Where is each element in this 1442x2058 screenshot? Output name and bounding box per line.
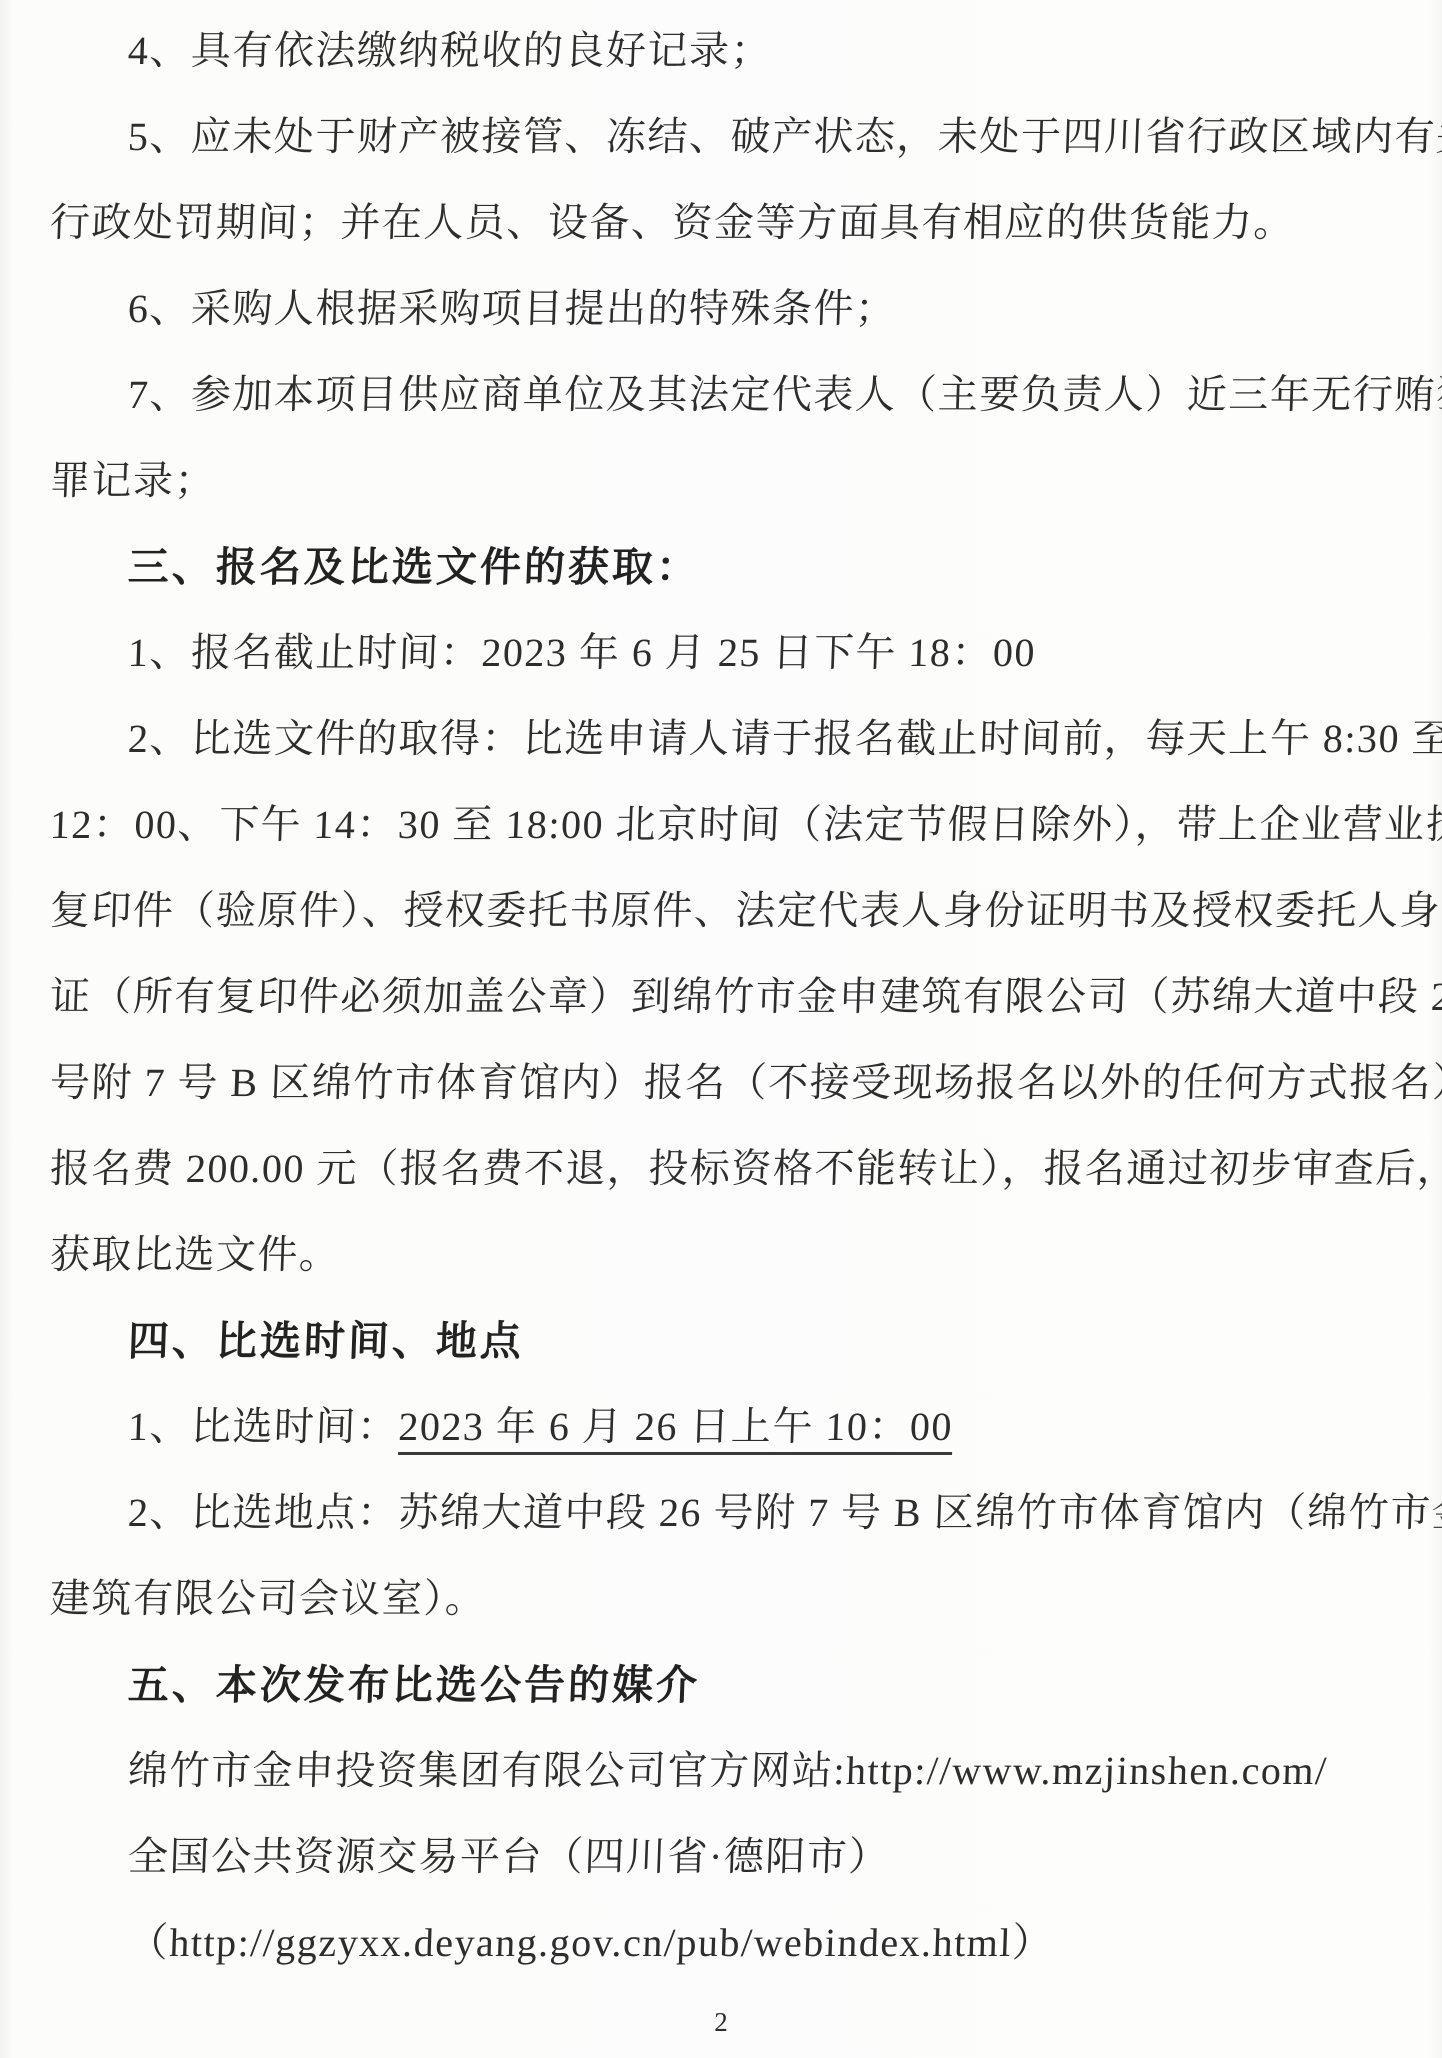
clause-no-bribery-line-1: 7、参加本项目供应商单位及其法定代表人（主要负责人）近三年无行贿犯 <box>48 352 1413 438</box>
selection-place-line-1: 2、比选地点：苏绵大道中段 26 号附 7 号 B 区绵竹市体育馆内（绵竹市金申 <box>48 1470 1413 1556</box>
document-obtain-line-2: 12：00、下午 14：30 至 18:00 北京时间（法定节假日除外），带上企… <box>48 782 1413 868</box>
document-obtain-line-3: 复印件（验原件）、授权委托书原件、法定代表人身份证明书及授权委托人身份 <box>48 868 1413 954</box>
media-official-website: 绵竹市金申投资集团有限公司官方网站:http://www.mzjinshen.c… <box>48 1728 1413 1814</box>
page-number: 2 <box>0 2000 1442 2044</box>
clause-no-bribery-line-2: 罪记录； <box>48 438 1413 524</box>
section-heading-time-place: 四、比选时间、地点 <box>48 1298 1413 1384</box>
selection-time-value: 2023 年 6 月 26 日上午 10：00 <box>398 1404 954 1455</box>
clause-asset-status-line-2: 行政处罚期间；并在人员、设备、资金等方面具有相应的供货能力。 <box>48 180 1413 266</box>
clause-asset-status-line-1: 5、应未处于财产被接管、冻结、破产状态，未处于四川省行政区域内有关 <box>48 94 1413 180</box>
clause-special-conditions: 6、采购人根据采购项目提出的特殊条件； <box>48 266 1413 352</box>
selection-time-line: 1、比选时间：2023 年 6 月 26 日上午 10：00 <box>48 1384 1413 1470</box>
document-obtain-line-4: 证（所有复印件必须加盖公章）到绵竹市金申建筑有限公司（苏绵大道中段 26 <box>48 954 1413 1040</box>
document-body: 4、具有依法缴纳税收的良好记录； 5、应未处于财产被接管、冻结、破产状态，未处于… <box>50 8 1412 1986</box>
section-heading-registration: 三、报名及比选文件的获取： <box>48 524 1413 610</box>
section-heading-media: 五、本次发布比选公告的媒介 <box>48 1642 1413 1728</box>
document-obtain-line-5: 号附 7 号 B 区绵竹市体育馆内）报名（不接受现场报名以外的任何方式报名）， <box>48 1040 1413 1126</box>
document-obtain-line-6: 报名费 200.00 元（报名费不退，投标资格不能转让），报名通过初步审查后， <box>48 1126 1413 1212</box>
document-page: 4、具有依法缴纳税收的良好记录； 5、应未处于财产被接管、冻结、破产状态，未处于… <box>0 0 1442 2058</box>
selection-place-line-2: 建筑有限公司会议室）。 <box>48 1556 1413 1642</box>
clause-tax-record: 4、具有依法缴纳税收的良好记录； <box>48 8 1413 94</box>
media-platform-url: （http://ggzyxx.deyang.gov.cn/pub/webinde… <box>48 1900 1413 1986</box>
media-public-resource-platform: 全国公共资源交易平台（四川省·德阳市） <box>48 1814 1413 1900</box>
document-obtain-line-1: 2、比选文件的取得：比选申请人请于报名截止时间前，每天上午 8:30 至 <box>48 696 1413 782</box>
registration-deadline: 1、报名截止时间：2023 年 6 月 25 日下午 18：00 <box>48 610 1413 696</box>
selection-time-label: 1、比选时间： <box>127 1404 399 1449</box>
document-obtain-line-7: 获取比选文件。 <box>48 1212 1413 1298</box>
